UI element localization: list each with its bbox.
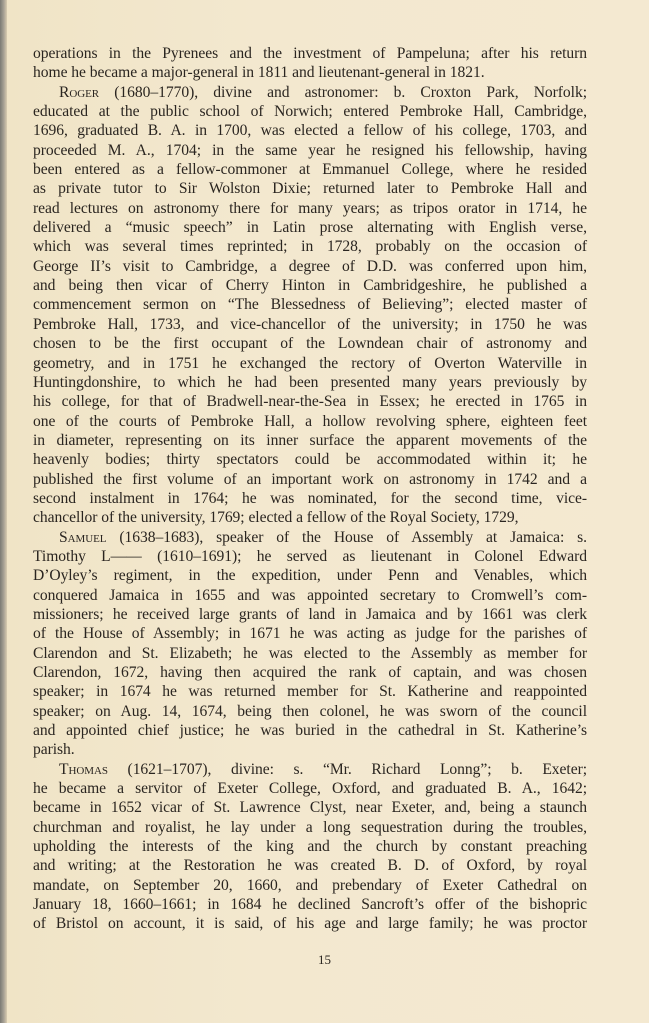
text-line: in diameter, representing on its inner s… bbox=[33, 431, 587, 450]
text-line: George II’s visit to Cambridge, a degree… bbox=[33, 257, 587, 276]
text-line: chancellor of the university, 1769; elec… bbox=[33, 508, 587, 527]
text-line: speaker; in 1674 he was returned member … bbox=[33, 682, 587, 701]
text-line: read lectures on astronomy there for man… bbox=[33, 199, 587, 218]
text-fragment: (1638–1683), speaker of the House of Ass… bbox=[106, 529, 587, 546]
text-line: Huntingdonshire, to which he had been pr… bbox=[33, 373, 587, 392]
page-spine-edge bbox=[0, 0, 7, 1023]
text-line: upholding the interests of the king and … bbox=[33, 837, 587, 856]
text-line: D’Oyley’s regiment, in the expedition, u… bbox=[33, 566, 587, 585]
text-line: heavenly bodies; thirty spectators could… bbox=[33, 450, 587, 469]
entry-name-roger: Roger bbox=[59, 84, 99, 101]
text-line: and writing; at the Restoration he was c… bbox=[33, 856, 587, 875]
text-line: operations in the Pyrenees and the inves… bbox=[33, 44, 587, 63]
entry-name-thomas: Thomas bbox=[59, 761, 108, 778]
paragraph-continuation: operations in the Pyrenees and the inves… bbox=[33, 44, 587, 83]
text-line: parish. bbox=[33, 740, 587, 759]
text-line: of Bristol on account, it is said, of hi… bbox=[33, 914, 587, 933]
text-line: commencement sermon on “The Blessedness … bbox=[33, 295, 587, 314]
text-line: Clarendon, 1672, having then acquired th… bbox=[33, 663, 587, 682]
text-line: his college, for that of Bradwell-near-t… bbox=[33, 392, 587, 411]
text-line: speaker; on Aug. 14, 1674, being then co… bbox=[33, 702, 587, 721]
text-line: published the first volume of an importa… bbox=[33, 470, 587, 489]
paragraph-samuel: Samuel (1638–1683), speaker of the House… bbox=[33, 528, 587, 760]
text-line: churchman and royalist, he lay under a l… bbox=[33, 818, 587, 837]
text-fragment: (1680–1770), divine and astronomer: b. C… bbox=[99, 84, 587, 101]
text-line: became in 1652 vicar of St. Lawrence Cly… bbox=[33, 798, 587, 817]
page-body-text: operations in the Pyrenees and the inves… bbox=[33, 44, 587, 934]
text-line: second instalment in 1764; he was nomina… bbox=[33, 489, 587, 508]
text-fragment: (1621–1707), divine: s. “Mr. Richard Lon… bbox=[108, 761, 587, 778]
text-line: of the House of Assembly; in 1671 he was… bbox=[33, 624, 587, 643]
text-line: Pembroke Hall, 1733, and vice-chancellor… bbox=[33, 315, 587, 334]
text-line: delivered a “music speech” in Latin pros… bbox=[33, 218, 587, 237]
text-line: proceeded M. A., 1704; in the same year … bbox=[33, 141, 587, 160]
text-line: educated at the public school of Norwich… bbox=[33, 102, 587, 121]
text-line: and appointed chief justice; he was buri… bbox=[33, 721, 587, 740]
text-line: which was several times reprinted; in 17… bbox=[33, 237, 587, 256]
text-line: and being then vicar of Cherry Hinton in… bbox=[33, 276, 587, 295]
text-line: mandate, on September 20, 1660, and preb… bbox=[33, 876, 587, 895]
page-number: 15 bbox=[0, 952, 649, 968]
paragraph-thomas: Thomas (1621–1707), divine: s. “Mr. Rich… bbox=[33, 760, 587, 934]
text-line: home he became a major-general in 1811 a… bbox=[33, 63, 587, 82]
entry-first-line: Thomas (1621–1707), divine: s. “Mr. Rich… bbox=[33, 760, 587, 779]
paragraph-roger: Roger (1680–1770), divine and astronomer… bbox=[33, 83, 587, 528]
text-line: one of the courts of Pembroke Hall, a ho… bbox=[33, 412, 587, 431]
entry-first-line: Samuel (1638–1683), speaker of the House… bbox=[33, 528, 587, 547]
text-line: 1696, graduated B. A. in 1700, was elect… bbox=[33, 121, 587, 140]
text-line: he became a servitor of Exeter College, … bbox=[33, 779, 587, 798]
book-page: operations in the Pyrenees and the inves… bbox=[0, 0, 649, 1023]
text-line: conquered Jamaica in 1655 and was appoin… bbox=[33, 586, 587, 605]
text-line: Clarendon and St. Elizabeth; he was elec… bbox=[33, 644, 587, 663]
text-line: as private tutor to Sir Wolston Dixie; r… bbox=[33, 179, 587, 198]
entry-first-line: Roger (1680–1770), divine and astronomer… bbox=[33, 83, 587, 102]
text-line: January 18, 1660–1661; in 1684 he declin… bbox=[33, 895, 587, 914]
text-line: geometry, and in 1751 he exchanged the r… bbox=[33, 354, 587, 373]
text-line: Timothy L—— (1610–1691); he served as li… bbox=[33, 547, 587, 566]
text-line: missioners; he received large grants of … bbox=[33, 605, 587, 624]
text-line: been entered as a fellow-commoner at Emm… bbox=[33, 160, 587, 179]
entry-name-samuel: Samuel bbox=[59, 529, 106, 546]
text-line: chosen to be the first occupant of the L… bbox=[33, 334, 587, 353]
